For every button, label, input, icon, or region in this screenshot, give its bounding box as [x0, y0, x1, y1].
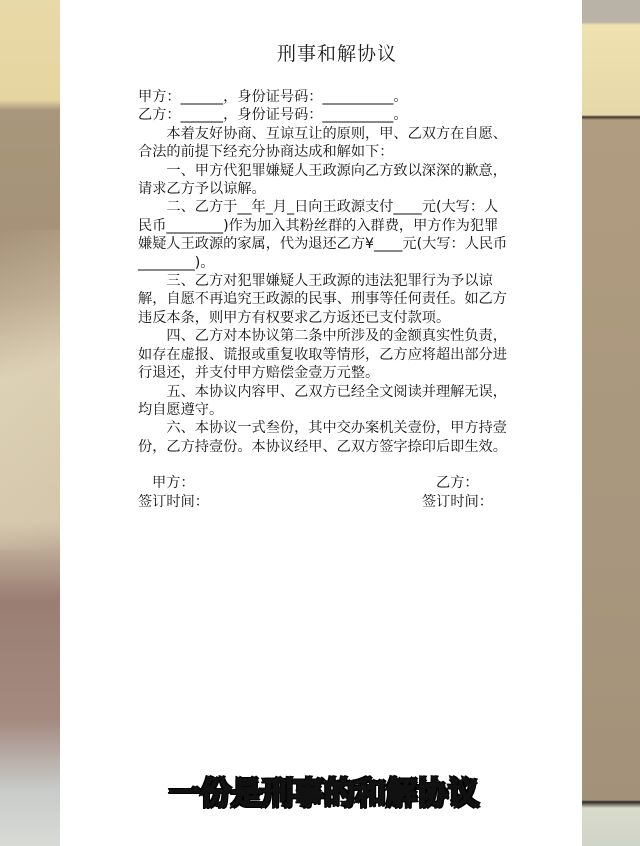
document-page: 刑事和解协议 甲方：______，身份证号码：__________。 乙方：__…: [60, 0, 582, 846]
clause-1: 一、甲方代犯罪嫌疑人王政源向乙方致以深深的歉意，请求乙方予以谅解。: [138, 162, 508, 199]
party-b-signature: 乙方： 签订时间：: [422, 474, 493, 511]
background-hair-blur: [0, 230, 60, 550]
clause-3: 三、乙方对犯罪嫌疑人王政源的违法犯罪行为予以谅解，自愿不再追究王政源的民事、刑事…: [138, 272, 508, 327]
clause-4: 四、乙方对本协议第二条中所涉及的金额真实性负责，如存在虚报、谎报或重复收取等情形…: [138, 327, 508, 382]
clause-6: 六、本协议一式叁份，其中交办案机关壹份，甲方持壹份，乙方持壹份。本协议经甲、乙双…: [138, 419, 508, 456]
party-a-signature: 甲方： 签订时间：: [138, 474, 209, 511]
party-a-sign-label: 甲方：: [138, 474, 209, 492]
party-a-line: 甲方：______，身份证号码：__________。: [138, 88, 508, 106]
agreement-document: 刑事和解协议 甲方：______，身份证号码：__________。 乙方：__…: [138, 42, 508, 514]
document-title: 刑事和解协议: [138, 42, 508, 66]
clause-5: 五、本协议内容甲、乙双方已经全文阅读并理解无误，均自愿遵守。: [138, 383, 508, 420]
party-b-sign-label: 乙方：: [422, 474, 493, 492]
party-a-date-label: 签订时间：: [138, 494, 209, 510]
background-right-blur: [582, 0, 640, 846]
signature-block: 甲方： 签订时间： 乙方： 签订时间：: [138, 474, 508, 514]
party-b-date-label: 签订时间：: [422, 494, 493, 510]
preamble-paragraph: 本着友好协商、互谅互让的原则，甲、乙双方在自愿、合法的前提下经充分协商达成和解如…: [138, 125, 508, 162]
video-subtitle: 一份是刑事的和解协议: [0, 768, 640, 813]
clause-2: 二、乙方于__年_月_日向王政源支付____元(大写：人民币________)作…: [138, 198, 508, 272]
background-left-blur: [0, 0, 60, 846]
party-b-line: 乙方：______，身份证号码：__________。: [138, 106, 508, 124]
